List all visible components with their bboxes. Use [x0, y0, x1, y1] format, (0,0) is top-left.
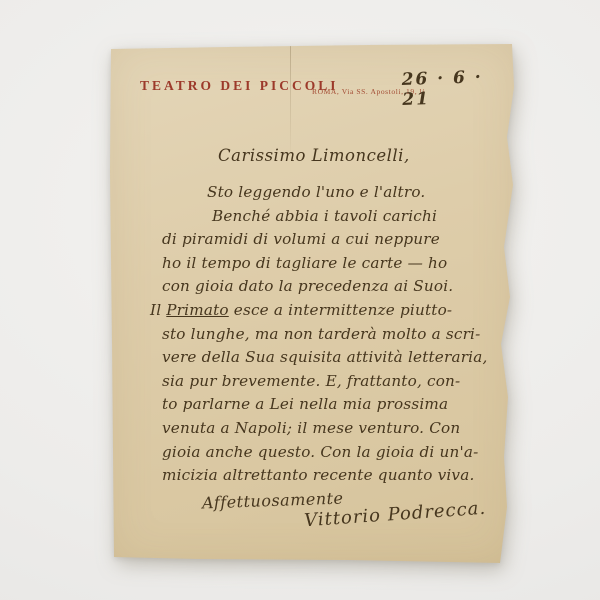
letter-line: Benché abbia i tavoli carichi	[162, 205, 498, 229]
letter-line: venuta a Napoli; il mese venturo. Con	[162, 417, 498, 441]
letter-line: micizia altrettanto recente quanto viva.	[162, 464, 498, 488]
letter-paper: TEATRO DEI PICCOLI ROMA, Via SS. Apostol…	[0, 0, 600, 600]
letterhead-title: TEATRO DEI PICCOLI	[140, 78, 339, 94]
letter-line: sto lunghe, ma non tarderà molto a scri-	[162, 323, 498, 347]
letter-line: gioia anche questo. Con la gioia di un'a…	[162, 441, 498, 465]
letter-line: di piramidi di volumi a cui neppure	[162, 228, 498, 252]
letterhead-date-handwritten: 26 · 6 · 21	[401, 66, 516, 110]
letter-line: con gioia dato la precedenza ai Suoi.	[162, 275, 498, 299]
letter-greeting: Carissimo Limoncelli,	[218, 146, 410, 165]
letter-line: to parlarne a Lei nella mia prossima	[162, 393, 498, 417]
letter-body: Sto leggendo l'uno e l'altro. Benché abb…	[162, 181, 498, 488]
letter-sheet: TEATRO DEI PICCOLI ROMA, Via SS. Apostol…	[108, 42, 516, 566]
fold-crease-line	[290, 44, 291, 156]
letter-line-fragment: esce a intermittenze piutto-	[229, 301, 453, 319]
letter-line: Sto leggendo l'uno e l'altro.	[162, 181, 498, 205]
letter-line-fragment: Il	[150, 301, 166, 319]
photo-background: TEATRO DEI PICCOLI ROMA, Via SS. Apostol…	[0, 0, 600, 600]
letter-line: sia pur brevemente. E, frattanto, con-	[162, 370, 498, 394]
underlined-word: Primato	[166, 301, 228, 319]
letter-line: vere della Sua squisita attività lettera…	[162, 346, 498, 370]
letter-line: ho il tempo di tagliare le carte — ho	[162, 252, 498, 276]
letter-line: Il Primato esce a intermittenze piutto-	[162, 299, 498, 323]
